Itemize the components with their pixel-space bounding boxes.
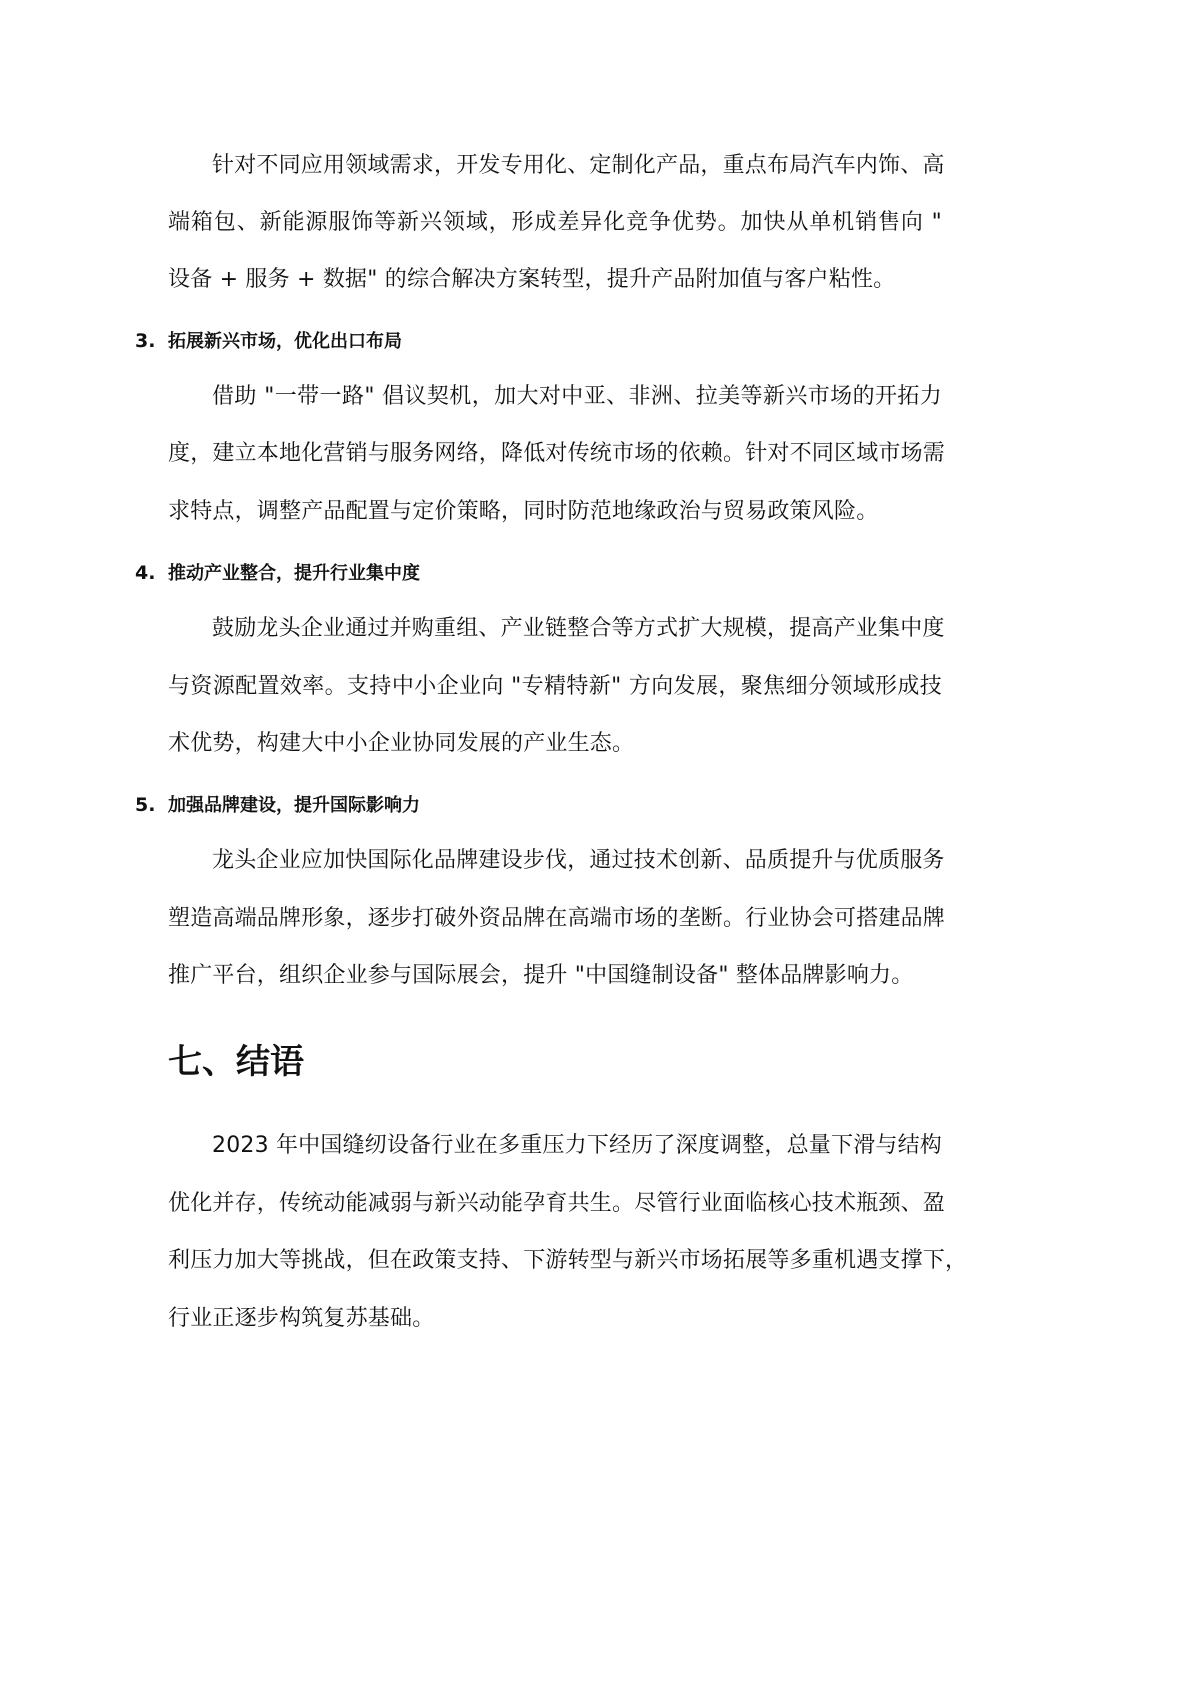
paragraph-line: 度，建立本地化营销与服务网络，降低对传统市场的依赖。针对不同区域市场需 [168,439,942,469]
paragraph-line: 鼓励龙头企业通过并购重组、产业链整合等方式扩大规模，提高产业集中度 [212,614,942,644]
paragraph-line: 优化并存，传统动能减弱与新兴动能孕育共生。尽管行业面临核心技术瓶颈、盈 [168,1189,942,1219]
subheading-3: 3.拓展新兴市场，优化出口布局 [135,328,402,354]
section-title-conclusion: 七、结语 [168,1040,304,1084]
subheading-number: 3. [135,328,168,354]
paragraph-line: 塑造高端品牌形象，逐步打破外资品牌在高端市场的垄断。行业协会可搭建品牌 [168,904,942,934]
paragraph-line: 行业正逐步构筑复苏基础。 [168,1304,434,1334]
subheading-title: 推动产业整合，提升行业集中度 [168,563,420,584]
paragraph-line: 推广平台，组织企业参与国际展会，提升 "中国缝制设备" 整体品牌影响力。 [168,961,913,991]
paragraph-line: 龙头企业应加快国际化品牌建设步伐，通过技术创新、品质提升与优质服务 [212,846,942,876]
paragraph-line: 与资源配置效率。支持中小企业向 "专精特新" 方向发展，聚焦细分领域形成技 [168,672,942,702]
paragraph-line: 2023 年中国缝纫设备行业在多重压力下经历了深度调整，总量下滑与结构 [212,1131,942,1161]
subheading-4: 4.推动产业整合，提升行业集中度 [135,560,420,586]
paragraph-line: 借助 "一带一路" 倡议契机，加大对中亚、非洲、拉美等新兴市场的开拓力 [212,382,942,412]
subheading-5: 5.加强品牌建设，提升国际影响力 [135,792,420,818]
paragraph-line: 端箱包、新能源服饰等新兴领域，形成差异化竞争优势。加快从单机销售向 " [168,208,942,238]
subheading-title: 拓展新兴市场，优化出口布局 [168,331,402,352]
subheading-number: 5. [135,792,168,818]
paragraph-line: 利压力加大等挑战，但在政策支持、下游转型与新兴市场拓展等多重机遇支撑下， [168,1246,942,1276]
subheading-number: 4. [135,560,168,586]
paragraph-line: 设备 + 服务 + 数据" 的综合解决方案转型，提升产品附加值与客户粘性。 [168,265,895,295]
paragraph-line: 求特点，调整产品配置与定价策略，同时防范地缘政治与贸易政策风险。 [168,497,878,527]
paragraph-line: 术优势，构建大中小企业协同发展的产业生态。 [168,729,634,759]
subheading-title: 加强品牌建设，提升国际影响力 [168,795,420,816]
paragraph-line: 针对不同应用领域需求，开发专用化、定制化产品，重点布局汽车内饰、高 [212,151,942,181]
